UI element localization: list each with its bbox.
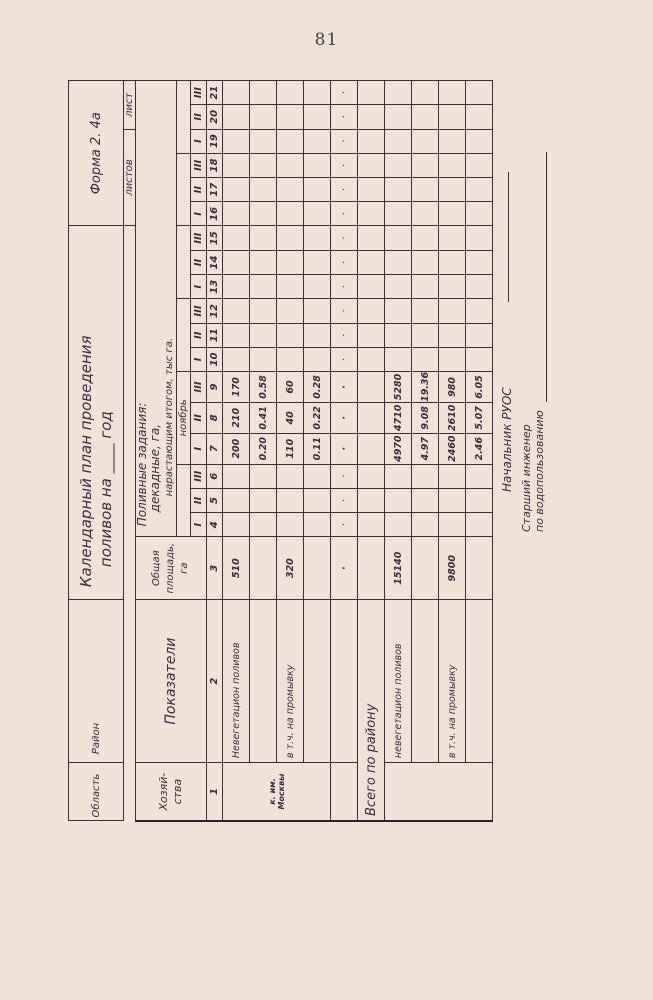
value-cell [385, 488, 412, 512]
value-cell [223, 250, 250, 274]
value-cell [385, 464, 412, 488]
indicator-cell [331, 600, 358, 763]
value-cell [223, 129, 250, 153]
value-cell: 6.05 [466, 372, 493, 403]
value-cell: 60 [277, 372, 304, 403]
area-cell [304, 537, 331, 600]
table-row: 0.200.410.58 [250, 81, 277, 822]
value-cell: 19.36 [412, 372, 439, 403]
value-cell [385, 513, 412, 537]
value-cell [385, 105, 412, 129]
table-row: ··················· [331, 81, 358, 822]
value-cell [385, 323, 412, 347]
district-label: Район [69, 600, 124, 763]
value-cell [439, 81, 466, 105]
value-cell [439, 299, 466, 323]
decade-header: I [191, 275, 207, 299]
value-cell: · [331, 488, 358, 512]
value-cell [250, 153, 277, 177]
column-number: 17 [207, 178, 223, 202]
value-cell [304, 513, 331, 537]
value-cell [223, 464, 250, 488]
decade-header: II [191, 323, 207, 347]
value-cell: 0.41 [250, 402, 277, 433]
indicator-cell [412, 600, 439, 763]
value-cell [277, 299, 304, 323]
value-cell [223, 323, 250, 347]
irrigation-plan-table: Область Район Календарный план проведени… [68, 80, 493, 822]
value-cell: · [331, 105, 358, 129]
value-cell [250, 488, 277, 512]
value-cell [439, 105, 466, 129]
value-cell [250, 464, 277, 488]
value-cell [358, 323, 385, 347]
value-cell: 170 [223, 372, 250, 403]
column-number: 21 [207, 81, 223, 105]
value-cell [223, 226, 250, 250]
decade-header: III [191, 299, 207, 323]
value-cell [358, 513, 385, 537]
value-cell [358, 81, 385, 105]
value-cell [439, 464, 466, 488]
column-number: 14 [207, 250, 223, 274]
value-cell: 5.07 [466, 402, 493, 433]
value-cell [466, 275, 493, 299]
value-cell [439, 275, 466, 299]
value-cell [466, 226, 493, 250]
area-cell [358, 537, 385, 600]
value-cell: 2610 [439, 402, 466, 433]
value-cell [385, 202, 412, 226]
value-cell: · [331, 226, 358, 250]
value-cell [223, 178, 250, 202]
value-cell [358, 488, 385, 512]
value-cell [466, 347, 493, 371]
region-label: Область [69, 763, 124, 821]
value-cell [412, 153, 439, 177]
value-cell [412, 347, 439, 371]
value-cell: 200 [223, 433, 250, 464]
month-label: ноябрь [177, 372, 191, 465]
value-cell [439, 250, 466, 274]
head-signature-label: Начальник РУОС [500, 387, 514, 492]
column-number: 8 [207, 402, 223, 433]
value-cell: · [331, 323, 358, 347]
value-cell: · [331, 513, 358, 537]
district-total-label: Всего по району [358, 600, 385, 821]
value-cell [466, 488, 493, 512]
column-number: 7 [207, 433, 223, 464]
value-cell [250, 275, 277, 299]
decade-header: I [191, 129, 207, 153]
value-cell: 0.11 [304, 433, 331, 464]
value-cell [358, 464, 385, 488]
value-cell [385, 129, 412, 153]
sheets-count-label: листов [124, 129, 136, 226]
value-cell [250, 299, 277, 323]
value-cell [277, 250, 304, 274]
value-cell: · [331, 81, 358, 105]
column-number: 13 [207, 275, 223, 299]
value-cell: · [331, 347, 358, 371]
total-area-header: Общая площадь, га [136, 537, 207, 600]
value-cell [385, 275, 412, 299]
value-cell [250, 178, 277, 202]
value-cell: · [331, 275, 358, 299]
column-number: 3 [207, 537, 223, 600]
value-cell [277, 226, 304, 250]
table-row: Всего по району [358, 81, 385, 822]
value-cell [358, 433, 385, 464]
value-cell: · [331, 178, 358, 202]
value-cell [466, 464, 493, 488]
value-cell [412, 464, 439, 488]
value-cell [304, 488, 331, 512]
value-cell [412, 323, 439, 347]
column-number: 4 [207, 513, 223, 537]
value-cell [466, 178, 493, 202]
area-cell [250, 537, 277, 600]
value-cell [358, 226, 385, 250]
decade-header: III [191, 153, 207, 177]
indicator-cell: в т.ч. на промывку [277, 600, 304, 763]
area-cell: 9800 [439, 537, 466, 600]
value-cell [358, 299, 385, 323]
indicator-cell [466, 600, 493, 763]
column-number: 12 [207, 299, 223, 323]
value-cell: 0.20 [250, 433, 277, 464]
value-cell: 110 [277, 433, 304, 464]
table-row: к. им. МосквыНевегетацион поливов5102002… [223, 81, 250, 822]
watering-tasks-line2: декадные, га, [148, 424, 162, 526]
value-cell [358, 129, 385, 153]
value-cell: · [331, 464, 358, 488]
value-cell [412, 275, 439, 299]
title-line1: Календарный план проведения [77, 335, 95, 587]
value-cell [277, 129, 304, 153]
value-cell [223, 488, 250, 512]
indicator-cell [250, 600, 277, 763]
value-cell: · [331, 372, 358, 403]
value-cell: 980 [439, 372, 466, 403]
value-cell [277, 202, 304, 226]
sheet-label: лист [124, 81, 136, 130]
farm-cell [331, 763, 358, 821]
value-cell [277, 464, 304, 488]
value-cell [223, 153, 250, 177]
form-number: Форма 2. 4а [69, 81, 124, 226]
table-row: в т.ч. на промывку980024602610980 [439, 81, 466, 822]
value-cell [250, 129, 277, 153]
value-cell [304, 250, 331, 274]
value-cell: 4.97 [412, 433, 439, 464]
value-cell [223, 347, 250, 371]
decade-header: II [191, 250, 207, 274]
value-cell [439, 202, 466, 226]
value-cell [439, 178, 466, 202]
value-cell [304, 178, 331, 202]
table-row: 0.110.220.28 [304, 81, 331, 822]
value-cell: · [331, 402, 358, 433]
value-cell [304, 105, 331, 129]
value-cell [358, 178, 385, 202]
value-cell [304, 299, 331, 323]
page-number: 81 [0, 30, 653, 50]
column-number: 15 [207, 226, 223, 250]
value-cell: 0.22 [304, 402, 331, 433]
value-cell [439, 513, 466, 537]
area-cell: 510 [223, 537, 250, 600]
value-cell [412, 129, 439, 153]
value-cell [358, 402, 385, 433]
value-cell [358, 153, 385, 177]
value-cell [466, 202, 493, 226]
value-cell [223, 81, 250, 105]
value-cell [358, 347, 385, 371]
decade-header: II [191, 105, 207, 129]
value-cell [250, 105, 277, 129]
table-row: 4.979.0819.36 [412, 81, 439, 822]
value-cell [277, 153, 304, 177]
head-signature-line [508, 172, 509, 302]
value-cell [412, 226, 439, 250]
column-number: 5 [207, 488, 223, 512]
value-cell [412, 488, 439, 512]
value-cell: 4970 [385, 433, 412, 464]
value-cell: 2.46 [466, 433, 493, 464]
value-cell [385, 226, 412, 250]
value-cell [466, 81, 493, 105]
value-cell [439, 347, 466, 371]
value-cell [250, 81, 277, 105]
table-row: невегетацион поливов15140497047105280 [385, 81, 412, 822]
value-cell [412, 250, 439, 274]
value-cell [358, 372, 385, 403]
value-cell [439, 323, 466, 347]
engineer-signature-line [546, 152, 547, 402]
value-cell [466, 129, 493, 153]
value-cell [466, 153, 493, 177]
value-cell: 9.08 [412, 402, 439, 433]
value-cell [277, 81, 304, 105]
engineer-signature-label-2: по водопользованию [533, 410, 546, 532]
value-cell [304, 153, 331, 177]
value-cell [385, 250, 412, 274]
table-row: 2.465.076.05 [466, 81, 493, 822]
value-cell [250, 323, 277, 347]
value-cell: 0.58 [250, 372, 277, 403]
watering-tasks-header: Поливные задания: декадные, га, нарастаю… [136, 81, 177, 537]
value-cell [358, 105, 385, 129]
value-cell [439, 488, 466, 512]
indicators-header: Показатели [136, 600, 207, 763]
column-number: 9 [207, 372, 223, 403]
value-cell [223, 275, 250, 299]
watering-tasks-line3: нарастающим итогом, тыс га. [164, 338, 175, 526]
value-cell [412, 178, 439, 202]
column-number: 10 [207, 347, 223, 371]
value-cell [439, 153, 466, 177]
column-number: 19 [207, 129, 223, 153]
decade-header: III [191, 372, 207, 403]
value-cell [304, 347, 331, 371]
area-cell: 320 [277, 537, 304, 600]
value-cell [304, 464, 331, 488]
value-cell [277, 178, 304, 202]
value-cell [466, 323, 493, 347]
value-cell [439, 129, 466, 153]
value-cell [358, 250, 385, 274]
watering-tasks-line1: Поливные задания: [136, 403, 150, 527]
farm-cell: к. им. Москвы [223, 763, 331, 821]
value-cell [466, 105, 493, 129]
value-cell [277, 323, 304, 347]
value-cell [304, 81, 331, 105]
decade-header: II [191, 488, 207, 512]
area-cell [466, 537, 493, 600]
value-cell [466, 250, 493, 274]
value-cell [250, 226, 277, 250]
value-cell [277, 488, 304, 512]
column-number: 11 [207, 323, 223, 347]
value-cell [412, 513, 439, 537]
value-cell [223, 202, 250, 226]
value-cell: 210 [223, 402, 250, 433]
value-cell [277, 275, 304, 299]
table-row: в т.ч. на промывку3201104060 [277, 81, 304, 822]
value-cell: 40 [277, 402, 304, 433]
value-cell [277, 347, 304, 371]
column-number: 16 [207, 202, 223, 226]
value-cell [466, 299, 493, 323]
value-cell [385, 178, 412, 202]
decade-header: I [191, 513, 207, 537]
value-cell: 5280 [385, 372, 412, 403]
value-cell [412, 81, 439, 105]
value-cell [250, 250, 277, 274]
value-cell [304, 323, 331, 347]
value-cell [304, 129, 331, 153]
indicator-cell: в т.ч. на промывку [439, 600, 466, 763]
value-cell [385, 81, 412, 105]
column-number: 20 [207, 105, 223, 129]
value-cell: · [331, 250, 358, 274]
indicator-cell: невегетацион поливов [385, 600, 412, 763]
value-cell [250, 347, 277, 371]
value-cell [277, 105, 304, 129]
value-cell [385, 347, 412, 371]
farm-cell [385, 763, 493, 821]
decade-header: I [191, 347, 207, 371]
value-cell [439, 226, 466, 250]
decade-header: III [191, 81, 207, 105]
value-cell: · [331, 153, 358, 177]
area-cell: 15140 [385, 537, 412, 600]
value-cell: 2460 [439, 433, 466, 464]
title-line2: поливов на ____ год [97, 411, 115, 587]
area-cell: · [331, 537, 358, 600]
area-cell [412, 537, 439, 600]
value-cell [412, 105, 439, 129]
value-cell [304, 275, 331, 299]
value-cell: 4710 [385, 402, 412, 433]
value-cell [466, 513, 493, 537]
column-number: 2 [207, 600, 223, 763]
value-cell: · [331, 299, 358, 323]
value-cell [385, 153, 412, 177]
value-cell [385, 299, 412, 323]
decade-header: II [191, 402, 207, 433]
value-cell [277, 513, 304, 537]
form-title: Календарный план проведения поливов на _… [69, 226, 124, 600]
engineer-signature-label-1: Старший инженер [520, 424, 533, 532]
column-number: 1 [207, 763, 223, 821]
value-cell [250, 513, 277, 537]
decade-header: I [191, 433, 207, 464]
value-cell: · [331, 129, 358, 153]
indicator-cell [304, 600, 331, 763]
value-cell [412, 202, 439, 226]
value-cell [250, 202, 277, 226]
value-cell [304, 226, 331, 250]
value-cell: 0.28 [304, 372, 331, 403]
decade-header: I [191, 202, 207, 226]
value-cell [358, 202, 385, 226]
value-cell [223, 105, 250, 129]
column-number: 6 [207, 464, 223, 488]
value-cell [304, 202, 331, 226]
value-cell: · [331, 202, 358, 226]
rotated-form: Область Район Календарный план проведени… [68, 80, 462, 822]
value-cell: · [331, 433, 358, 464]
value-cell [223, 299, 250, 323]
decade-header: III [191, 226, 207, 250]
farms-header: Хозяй-ства [136, 763, 207, 821]
column-number: 18 [207, 153, 223, 177]
decade-header: II [191, 178, 207, 202]
value-cell [223, 513, 250, 537]
value-cell [358, 275, 385, 299]
decade-header: III [191, 464, 207, 488]
indicator-cell: Невегетацион поливов [223, 600, 250, 763]
value-cell [412, 299, 439, 323]
